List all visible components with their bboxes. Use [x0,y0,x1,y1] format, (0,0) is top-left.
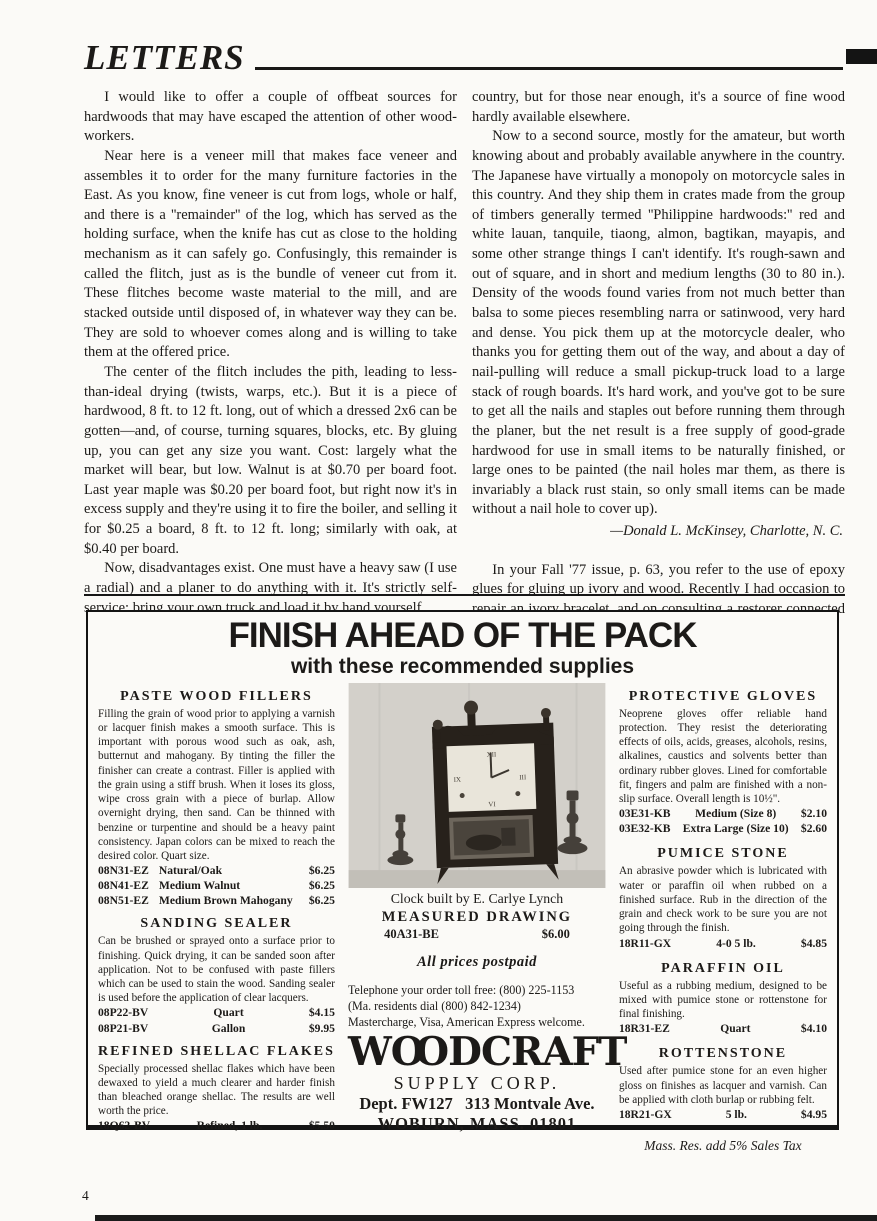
product-price: $4.10 [801,1021,827,1036]
product-code: 08N31-EZ [98,863,149,878]
product-desc: Medium (Size 8) [670,806,800,821]
logo-letter: W [348,1029,391,1075]
section-body: An abrasive powder which is lubricated w… [619,864,827,935]
letter-paragraph: I would like to offer a couple of offbea… [84,88,457,147]
product-row: 18Q62-BV Refined, 1 lb. $5.50 [98,1118,335,1133]
ad-left-column: PASTE WOOD FILLERS Filling the grain of … [98,683,335,1168]
page-number: 4 [82,1188,89,1204]
product-code: 08N41-EZ [98,878,149,893]
product-row: 08P22-BV Quart $4.15 [98,1005,335,1020]
ad-subheadline: with these recommended supplies [98,655,827,679]
company-name: SUPPLY CORP. [348,1073,606,1094]
letter-paragraph: country, but for those near enough, it's… [472,88,845,127]
ad-headline: FINISH AHEAD OF THE PACK [98,618,827,655]
section-heading: SANDING SEALER [98,916,335,932]
woodcraft-advertisement: FINISH AHEAD OF THE PACK with these reco… [86,610,839,1130]
right-column: country, but for those near enough, it's… [472,88,845,639]
product-code: 18R21-GX [619,1107,672,1122]
product-row: 08N31-EZ Natural/Oak $6.25 [98,863,335,878]
product-code: 03E31-KB [619,806,671,821]
ad-right-column: PROTECTIVE GLOVES Neoprene gloves offer … [619,683,827,1168]
section-protective-gloves: PROTECTIVE GLOVES Neoprene gloves offer … [619,689,827,837]
product-desc: Gallon [148,1021,309,1036]
section-body: Specially processed shellac flakes which… [98,1062,335,1119]
section-body: Filling the grain of wood prior to apply… [98,707,335,863]
product-code: 18Q62-BV [98,1118,150,1133]
print-registration-mark [846,49,877,64]
product-desc: Natural/Oak [149,863,309,878]
product-row: 40A31-BE $6.00 [384,927,570,942]
product-price: $2.10 [801,806,827,821]
product-row: 18R11-GX 4-0 5 lb. $4.85 [619,936,827,951]
logo-letter: O [415,1029,448,1075]
product-code: 08P22-BV [98,1005,148,1020]
product-code: 08P21-BV [98,1021,148,1036]
section-heading: PUMICE STONE [619,846,827,862]
product-price: $6.25 [309,893,335,908]
letter-paragraph: The center of the flitch includes the pi… [84,363,457,559]
product-desc: Medium Walnut [149,878,309,893]
page-title: LETTERS [84,40,245,75]
section-paraffin-oil: PARAFFIN OIL Useful as a rubbing medium,… [619,961,827,1037]
section-body: Neoprene gloves offer reliable hand prot… [619,707,827,807]
ad-columns: PASTE WOOD FILLERS Filling the grain of … [98,683,827,1168]
product-desc: Refined, 1 lb. [150,1118,309,1133]
product-price: $4.15 [309,1005,335,1020]
section-body: Useful as a rubbing medium, designed to … [619,979,827,1022]
product-desc: Quart [670,1021,801,1036]
address-line: WOBURN, MASS. 01801 [348,1114,606,1134]
section-body: Can be brushed or sprayed onto a surface… [98,934,335,1005]
masthead: LETTERS [84,40,845,75]
product-desc: Quart [148,1005,309,1020]
address-line: Dept. FW127 313 Montvale Ave. [348,1094,606,1114]
letters-columns: I would like to offer a couple of offbea… [84,88,845,639]
svg-text:XII: XII [486,750,497,758]
product-row: 08N51-EZ Medium Brown Mahogany $6.25 [98,893,335,908]
section-rottenstone: ROTTENSTONE Used after pumice stone for … [619,1046,827,1122]
left-column: I would like to offer a couple of offbea… [84,88,457,639]
section-body: Used after pumice stone for an even high… [619,1064,827,1107]
product-row: 03E31-KB Medium (Size 8) $2.10 [619,806,827,821]
logo-letters: DCRAFT [448,1029,626,1075]
product-price: $5.50 [309,1118,335,1133]
product-row: 18R21-GX 5 lb. $4.95 [619,1107,827,1122]
phone-line: Telephone your order toll free: (800) 22… [348,983,606,999]
section-divider-rule [84,594,845,596]
photo-caption: Clock built by E. Carlye Lynch [348,891,606,907]
svg-text:VI: VI [488,800,496,808]
svg-text:IX: IX [453,775,461,783]
measured-drawing-heading: MEASURED DRAWING [348,909,606,926]
svg-text:III: III [519,773,527,781]
product-price: $4.85 [801,936,827,951]
product-price: $9.95 [309,1021,335,1036]
section-heading: REFINED SHELLAC FLAKES [98,1044,335,1060]
product-price: $6.25 [309,878,335,893]
section-heading: PARAFFIN OIL [619,961,827,977]
section-heading: PASTE WOOD FILLERS [98,689,335,705]
product-price: $2.60 [801,821,827,836]
product-desc: 5 lb. [672,1107,801,1122]
section-sanding-sealer: SANDING SEALER Can be brushed or sprayed… [98,916,335,1035]
letter-paragraph: Now to a second source, mostly for the a… [472,127,845,520]
woodcraft-logo: WOODCRAFT [348,1033,606,1072]
postpaid-note: All prices postpaid [348,954,606,971]
product-desc: 4-0 5 lb. [671,936,801,951]
product-code: 18R11-GX [619,936,671,951]
product-row: 18R31-EZ Quart $4.10 [619,1021,827,1036]
phone-block: Telephone your order toll free: (800) 22… [348,983,606,1031]
phone-line: (Ma. residents dial (800) 842-1234) [348,999,606,1015]
tax-note: Mass. Res. add 5% Sales Tax [619,1138,827,1154]
product-row: 08P21-BV Gallon $9.95 [98,1021,335,1036]
section-refined-shellac-flakes: REFINED SHELLAC FLAKES Specially process… [98,1044,335,1134]
product-price: $4.95 [801,1107,827,1122]
product-code: 18R31-EZ [619,1021,670,1036]
product-desc: Medium Brown Mahogany [149,893,309,908]
product-price: $6.25 [309,863,335,878]
section-heading: PROTECTIVE GLOVES [619,689,827,705]
product-code: 40A31-BE [384,927,439,942]
letter-paragraph: Near here is a veneer mill that makes fa… [84,147,457,363]
section-heading: ROTTENSTONE [619,1046,827,1062]
product-code: 08N51-EZ [98,893,149,908]
masthead-rule [255,67,843,70]
section-paste-wood-fillers: PASTE WOOD FILLERS Filling the grain of … [98,689,335,909]
scan-edge-artifact [95,1215,877,1221]
ad-center-column: XIIIII VIIX [348,683,606,1168]
product-price: $6.00 [542,927,570,942]
section-pumice-stone: PUMICE STONE An abrasive powder which is… [619,846,827,950]
magazine-page: LETTERS I would like to offer a couple o… [0,0,877,1221]
product-code: 03E32-KB [619,821,671,836]
product-row: 08N41-EZ Medium Walnut $6.25 [98,878,335,893]
product-desc: Extra Large (Size 10) [670,821,800,836]
product-row: 03E32-KB Extra Large (Size 10) $2.60 [619,821,827,836]
clock-photo: XIIIII VIIX [348,683,606,888]
letter-signature: —Donald L. McKinsey, Charlotte, N. C. [472,522,845,542]
